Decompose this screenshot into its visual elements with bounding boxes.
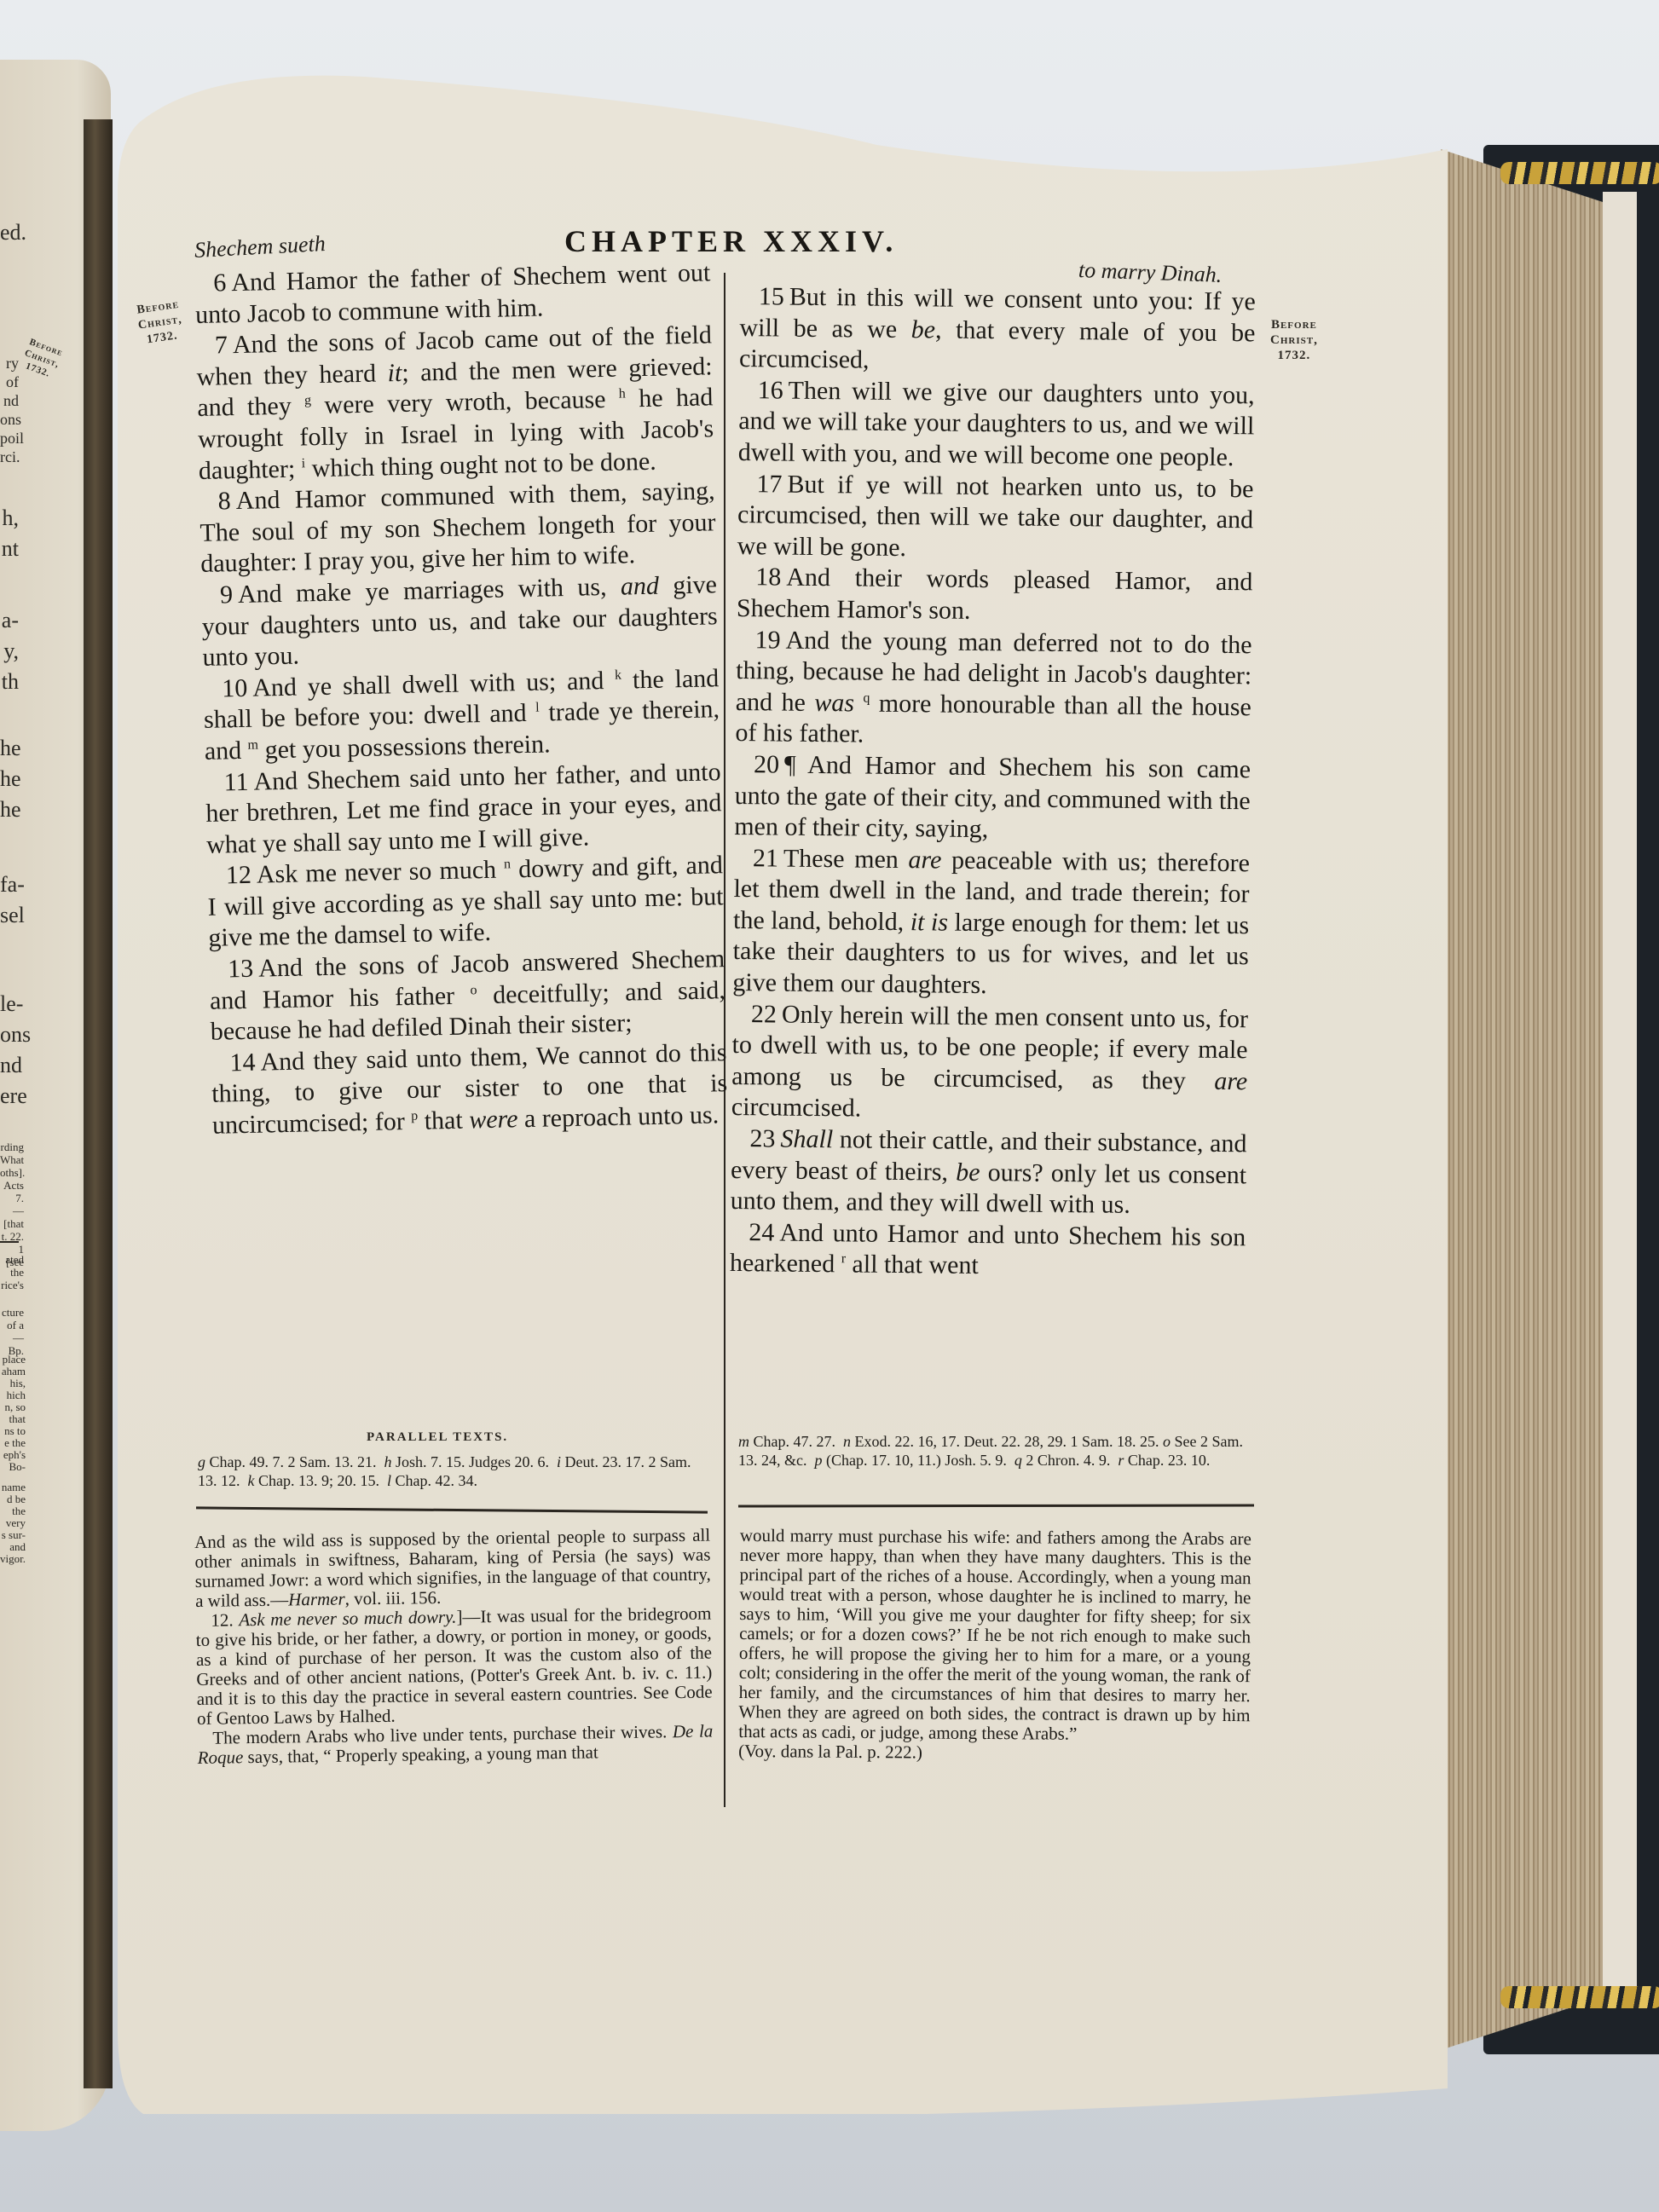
verse-23: 23Shall not their cattle, and their subs… xyxy=(731,1123,1247,1222)
fragment: of xyxy=(0,373,19,391)
fragment: of a xyxy=(0,1319,24,1331)
fragment: name xyxy=(0,1481,26,1493)
verse-16: 16Then will we give our daughters unto y… xyxy=(738,375,1255,474)
verse-9: 9And make ye marriages with us, and give… xyxy=(201,569,719,673)
left-page-date-note: Before Christ, 1732. xyxy=(19,336,65,382)
verse-number: 16 xyxy=(738,376,788,405)
left-page-note-ends: cture of a —Bp. xyxy=(0,1306,24,1357)
fragment: the xyxy=(0,1266,24,1279)
fragment: le- xyxy=(0,989,20,1019)
fragment: he xyxy=(0,764,20,794)
verse-14: 14And they said unto them, We cannot do … xyxy=(211,1037,728,1141)
fragment: vigor. xyxy=(0,1553,26,1565)
fragment: —[that xyxy=(0,1204,24,1230)
ref-text: Chap. 49. 7. 2 Sam. 13. 21. xyxy=(210,1453,377,1470)
verse-text: a reproach unto us. xyxy=(517,1100,719,1133)
fragment: he xyxy=(0,733,20,764)
date-line: 1732. xyxy=(1270,348,1318,363)
endpaper xyxy=(1603,192,1637,2007)
verse-19: 19And the young man deferred not to do t… xyxy=(735,625,1251,755)
fragment: poil xyxy=(0,429,19,448)
italic-word: it is xyxy=(910,908,949,936)
verse-number: 11 xyxy=(205,767,254,796)
reference-mark: q xyxy=(863,690,870,705)
ref-mark: r xyxy=(1118,1452,1124,1469)
note-text: , vol. iii. 156. xyxy=(345,1587,442,1609)
fragment: n, so xyxy=(0,1401,26,1413)
verse-20: 20¶ And Hamor and Shechem his son came u… xyxy=(734,749,1251,848)
verse-text: But if ye will not hearken unto us, to b… xyxy=(737,470,1254,562)
fragment: h, xyxy=(0,503,19,534)
fragment: oths]. xyxy=(0,1166,24,1179)
parallel-texts-heading: PARALLEL TEXTS. xyxy=(367,1430,508,1445)
running-head-right: to marry Dinah. xyxy=(1078,257,1223,288)
fragment: Acts 7. xyxy=(0,1179,24,1204)
fragment: sel xyxy=(0,900,20,931)
ref-text: Chap. 23. 10. xyxy=(1128,1452,1211,1469)
fragment: fa- xyxy=(0,869,20,900)
verse-number: 18 xyxy=(737,563,786,592)
fragment: and xyxy=(0,1541,26,1553)
verse-11: 11And Shechem said unto her father, and … xyxy=(205,757,722,861)
fragment: ed. xyxy=(0,217,22,248)
verse-18: 18And their words pleased Hamor, and She… xyxy=(737,562,1253,630)
ref-mark: i xyxy=(557,1453,561,1470)
verse-text: And Hamor the father of Shechem went out… xyxy=(195,258,711,328)
italic-word: are xyxy=(908,846,941,874)
verse-17: 17But if ye will not hearken unto us, to… xyxy=(737,469,1254,568)
verse-text: And ye shall dwell with us; and xyxy=(252,666,616,702)
verse-text: Only herein will the men consent unto us… xyxy=(731,1000,1248,1095)
margin-date-left: Before Christ, 1732. xyxy=(135,297,185,349)
fragment: ons xyxy=(0,1019,20,1050)
ref-text: Chap. 42. 34. xyxy=(396,1472,478,1489)
italic-word: Shall xyxy=(780,1125,833,1154)
page-edges xyxy=(1441,149,1616,2050)
fragment: e the xyxy=(0,1437,26,1449)
margin-date-right: Before Christ, 1732. xyxy=(1270,317,1318,363)
italic-word: be xyxy=(956,1158,980,1186)
fragment: a- xyxy=(0,605,19,636)
ref-text: (Chap. 17. 10, 11.) Josh. 5. 9. xyxy=(826,1452,1007,1469)
verse-number: 24 xyxy=(730,1218,779,1247)
date-line: Christ, xyxy=(1270,332,1318,348)
verse-text: ¶ And Hamor and Shechem his son came unt… xyxy=(734,750,1251,843)
verse-number: 12 xyxy=(207,861,257,890)
fragment: rice's xyxy=(0,1279,24,1291)
fragment: hich xyxy=(0,1389,26,1401)
verse-number: 17 xyxy=(737,470,787,499)
verse-text: These men xyxy=(783,844,909,874)
ref-text: 2 Chron. 4. 9. xyxy=(1026,1452,1110,1469)
ref-mark: g xyxy=(198,1453,205,1470)
italic-word: were xyxy=(469,1105,518,1134)
note-number: 12. xyxy=(211,1609,234,1630)
fragment: very xyxy=(0,1517,26,1529)
fragment: ry xyxy=(0,354,19,373)
italic-word: and xyxy=(621,572,660,601)
fragment: ere xyxy=(0,1081,20,1112)
note-paragraph: would marry must purchase his wife: and … xyxy=(738,1526,1251,1745)
italic-word: was xyxy=(814,689,854,717)
verse-text: circumcised. xyxy=(731,1093,862,1123)
left-column: 6And Hamor the father of Shechem went ou… xyxy=(194,257,728,1141)
verse-text: Ask me never so much xyxy=(257,856,505,889)
ref-mark: k xyxy=(248,1472,255,1489)
verse-number: 10 xyxy=(203,673,253,702)
verse-text: And Shechem said unto her father, and un… xyxy=(205,758,722,859)
verse-text: And make ye marriages with us, xyxy=(238,573,621,609)
gilt-ornament-top xyxy=(1500,162,1659,184)
fragment: place xyxy=(0,1354,26,1366)
ref-mark: p xyxy=(815,1452,823,1469)
parallel-texts-left: g Chap. 49. 7. 2 Sam. 13. 21. h Josh. 7.… xyxy=(198,1453,714,1490)
fragment: nd xyxy=(0,391,19,410)
ref-mark: q xyxy=(1014,1452,1022,1469)
left-page-line-end: ed. xyxy=(0,217,22,248)
commentary-right: would marry must purchase his wife: and … xyxy=(738,1526,1251,1764)
fragment: cture xyxy=(0,1306,24,1319)
fragment: ated xyxy=(0,1253,24,1266)
fragment: his, xyxy=(0,1377,26,1389)
verse-text: And their words pleased Hamor, and Shech… xyxy=(737,563,1253,625)
verse-text: which thing ought not to be done. xyxy=(305,447,656,482)
verse-7: 7And the sons of Jacob came out of the f… xyxy=(196,321,715,488)
note-text: And as the wild ass is supposed by the o… xyxy=(194,1525,711,1611)
verse-text: get you possessions therein. xyxy=(258,730,551,764)
ref-mark: h xyxy=(384,1453,392,1470)
ref-mark: l xyxy=(387,1472,391,1489)
fragment: s sur- xyxy=(0,1529,26,1541)
left-page-line-ends: he he he xyxy=(0,733,20,825)
verse-number: 8 xyxy=(199,487,236,516)
verse-text xyxy=(854,689,864,717)
book-gutter xyxy=(84,119,113,2088)
ref-mark: n xyxy=(843,1433,851,1450)
verse-number: 9 xyxy=(201,580,239,609)
verse-number: 13 xyxy=(209,955,259,984)
verse-text: were very wroth, because xyxy=(311,385,620,420)
left-page-line-ends: h, nt xyxy=(0,503,19,564)
citation: Harmer xyxy=(288,1589,345,1610)
fragment: he xyxy=(0,794,20,825)
fragment: the xyxy=(0,1505,26,1517)
right-column: 15But in this will we consent unto you: … xyxy=(730,281,1256,1285)
verse-number: 21 xyxy=(734,844,783,873)
ref-text: Josh. 7. 15. Judges 20. 6. xyxy=(396,1453,549,1470)
verse-12: 12Ask me never so much n dowry and gift,… xyxy=(207,850,725,954)
ref-text: Chap. 47. 27. xyxy=(754,1433,836,1450)
left-page-note-ends: ated the rice's xyxy=(0,1253,24,1291)
verse-text: all that went xyxy=(846,1250,979,1280)
note-citation: (Voy. dans la Pal. p. 222.) xyxy=(738,1741,1250,1764)
verse-number: 7 xyxy=(196,331,234,360)
verse-10: 10And ye shall dwell with us; and k the … xyxy=(203,663,720,767)
fragment: that xyxy=(0,1413,26,1425)
fragment: ons xyxy=(0,410,19,429)
commentary-left: And as the wild ass is supposed by the o… xyxy=(194,1526,714,1768)
left-page-note-ends: name d be the very s sur- and vigor. xyxy=(0,1481,26,1565)
ref-mark: o xyxy=(1163,1433,1171,1450)
left-page-line-ends: a- y, th xyxy=(0,605,19,697)
note-paragraph: The modern Arabs who live under tents, p… xyxy=(197,1722,714,1768)
left-page-line-ends: fa- sel xyxy=(0,869,20,931)
fragment: nd xyxy=(0,1050,20,1081)
italic-word: are xyxy=(1214,1067,1247,1095)
fragment: th xyxy=(0,667,19,697)
verse-number: 23 xyxy=(731,1124,780,1153)
parallel-texts-right: m Chap. 47. 27. n Exod. 22. 16, 17. Deut… xyxy=(738,1432,1258,1470)
verse-8: 8And Hamor communed with them, saying, T… xyxy=(199,476,716,580)
verse-13: 13And the sons of Jacob answered Shechem… xyxy=(209,944,726,1048)
verse-number: 19 xyxy=(736,626,785,655)
left-page-note-ends: rding What oths]. Acts 7. —[that t. 22. … xyxy=(0,1141,24,1268)
verse-text: And Hamor communed with them, saying, Th… xyxy=(199,476,716,578)
verse-text: Then will we give our daughters unto you… xyxy=(738,376,1255,471)
verse-21: 21These men are peaceable with us; there… xyxy=(732,843,1250,1004)
gilt-ornament-bottom xyxy=(1500,1986,1659,2008)
reference-mark: m xyxy=(247,737,258,752)
fragment: nt xyxy=(0,534,19,564)
ref-text: Chap. 13. 9; 20. 15. xyxy=(258,1472,379,1489)
fragment: Bo- xyxy=(0,1461,26,1473)
verse-text: And unto Hamor and unto Shechem his son … xyxy=(730,1218,1246,1278)
verse-22: 22Only herein will the men consent unto … xyxy=(731,999,1248,1129)
left-page-rule xyxy=(0,1241,19,1243)
verse-number: 14 xyxy=(211,1048,261,1077)
verse-number: 20 xyxy=(735,750,784,779)
left-page-line-ends: ry of nd ons poil rci. xyxy=(0,354,19,466)
left-page-note-ends: place aham his, hich n, so that ns to e … xyxy=(0,1354,26,1473)
verse-number: 6 xyxy=(194,269,232,297)
chapter-title: CHAPTER XXXIV. xyxy=(564,223,898,259)
ref-text: Exod. 22. 16, 17. Deut. 22. 28, 29. 1 Sa… xyxy=(855,1433,1159,1450)
verse-number: 22 xyxy=(732,1000,782,1029)
verse-number: 15 xyxy=(740,282,789,311)
fragment: rding xyxy=(0,1141,24,1153)
date-line: Before xyxy=(1270,317,1318,332)
verse-15: 15But in this will we consent unto you: … xyxy=(739,281,1256,380)
fragment: d be xyxy=(0,1493,26,1505)
italic-word: be xyxy=(911,315,936,344)
ref-mark: m xyxy=(738,1433,749,1450)
verse-6: 6And Hamor the father of Shechem went ou… xyxy=(194,257,711,331)
italic-word: it xyxy=(387,359,402,387)
fragment: What xyxy=(0,1153,24,1166)
fragment: rci. xyxy=(0,448,19,466)
fragment: y, xyxy=(0,636,19,667)
note-paragraph: And as the wild ass is supposed by the o… xyxy=(194,1526,711,1611)
verse-text: that xyxy=(418,1106,470,1135)
verse-24: 24And unto Hamor and unto Shechem his so… xyxy=(730,1217,1246,1285)
note-paragraph: 12. Ask me never so much dowry.]—It was … xyxy=(195,1604,713,1729)
fragment: aham xyxy=(0,1366,26,1377)
fragment: eph's xyxy=(0,1449,26,1461)
left-page-line-ends: le- ons nd ere xyxy=(0,989,20,1112)
fragment: ns to xyxy=(0,1425,26,1437)
